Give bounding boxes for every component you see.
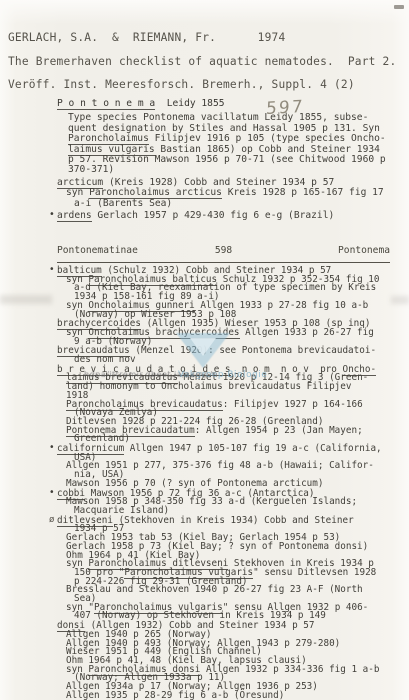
genus-authority: Leidy 1855 [155,98,224,109]
text-line: •californicum Allgen 1947 p 105-107 fig … [57,445,397,454]
citation-title: The Bremerhaven checklist of aquatic nem… [8,50,405,74]
citation-journal: Veröff. Inst. Meeresforsch. Bremerh., Su… [8,73,405,97]
vakgroep-logo-icon [190,338,216,356]
bleed-through-smudge [0,295,52,304]
text-run: Allgen 1935 p 28-29 fig 6 a-b (Öresund) [66,690,284,700]
entry-marker: • [49,266,55,275]
citation-block: GERLACH, S.A. & RIEMANN, Fr. 1974 The Br… [8,26,405,97]
text-run: Allgen 1947 p 105-107 fig 19 a-c (Califo… [124,443,381,454]
page-598-section: •balticum (Schulz 1932) Cobb and Steiner… [57,267,397,700]
text-run: (Stekhoven in Kreis 1934) Cobb and Stein… [113,515,354,526]
text-line: •ardens Gerlach 1957 p 429-430 fig 6 e-g… [57,211,395,221]
text-run: " sensu Ditlevsen 1928 [253,567,376,578]
entries-597: arcticum (Kreis 1928) Cobb and Steiner 1… [57,178,395,222]
entry-arcticum: arcticum (Kreis 1928) Cobb and Steiner 1… [57,178,395,209]
text-run: 370-371) [68,164,114,175]
scan-noise-text: hdpa/ittremir.dbeet.ja/samp/n [84,369,218,379]
scanned-page: GERLACH, S.A. & RIEMANN, Fr. 1974 The Br… [0,0,409,700]
text-line: p 57. Revision Mawson 1956 p 70-71 (see … [68,155,395,165]
text-run: Type species Pontonema vacillatum Leidy … [68,112,368,123]
text-run: syn [66,187,89,198]
citation-authors-year: GERLACH, S.A. & RIEMANN, Fr. 1974 [8,26,405,50]
entry-californicum: •californicum Allgen 1947 p 105-107 fig … [57,445,397,489]
text-run: Gerlach 1957 p 429-430 fig 6 e-g (Brazil… [92,210,335,221]
text-line: 370-371) [68,165,395,175]
entry-marker: • [49,444,55,453]
scan-corner-mark [394,5,404,9]
genus-name: P o n t o n e m a [57,98,155,110]
entry-cobbi: •cobbi Mawson 1956 p 72 fig 36 a-c (Anta… [57,490,397,516]
page-597-section: P o n t o n e m a Leidy 1855 Type specie… [57,99,395,223]
entry-donsi: donsi (Allgen 1932) Cobb and Steiner 193… [57,622,397,700]
text-line: a-i (Barents Sea) [57,199,395,209]
text-run: Allgen 1933 p 26-27 fig [240,327,374,338]
entry-ditlevseni: øditlevseni (Stekhoven in Kreis 1934) Co… [57,517,397,621]
text-run: : Allgen 1954 p 23 (Jan Mayen; [195,425,363,436]
text-run: Filipjev 1916 p 105 (type species Oncho- [149,133,386,144]
text-run: land) homonym to Oncholaimus brevicaudat… [66,381,351,392]
text-run: : Filipjev 1927 p 164-166 [223,399,363,410]
text-line: Allgen 1935 p 28-29 fig 6 a-b (Öresund) [57,692,397,700]
type-species-paragraph: Type species Pontonema vacillatum Leidy … [68,113,395,175]
text-run: p 57. Revision Mawson 1956 p 70-71 (see … [68,154,386,165]
entry-ardens: •ardens Gerlach 1957 p 429-430 fig 6 e-g… [57,211,395,221]
text-run: Bastian 1865) op Cobb and Steiner 1934 [155,144,380,155]
text-run: quent designation by Stiles and Hassal 1… [68,123,380,134]
taxon-name: ardens [57,210,92,222]
text-run: Bresslau and Stekhoven 1940 p 26-27 fig … [66,584,363,595]
text-run: Kreis 1928 p 165-167 fig 17 [222,187,384,198]
text-run: (Menzel 1920): see Pontonema brevicaudat… [130,345,376,356]
entry-balticum: •balticum (Schulz 1932) Cobb and Steiner… [57,267,397,319]
running-header-598: Pontonematinae 598 Pontonema [57,245,390,263]
text-run: a-i (Barents Sea) [74,198,172,209]
text-line: land) homonym to Oncholaimus brevicaudat… [57,383,397,392]
text-run: Allgen 1932 p 334-336 fig 1 a-b [200,664,379,675]
pencil-entry-marker: ø [49,516,54,525]
entry-marker: • [49,489,55,498]
text-run: (Kreis 1928) Cobb and Steiner 1934 p 57 [103,177,334,188]
running-header-right: Pontonema [338,245,390,256]
entry-marker: • [49,210,55,220]
genus-heading: P o n t o n e m a Leidy 1855 [57,99,395,109]
text-line: Bresslau and Stekhoven 1940 p 26-27 fig … [57,586,397,595]
